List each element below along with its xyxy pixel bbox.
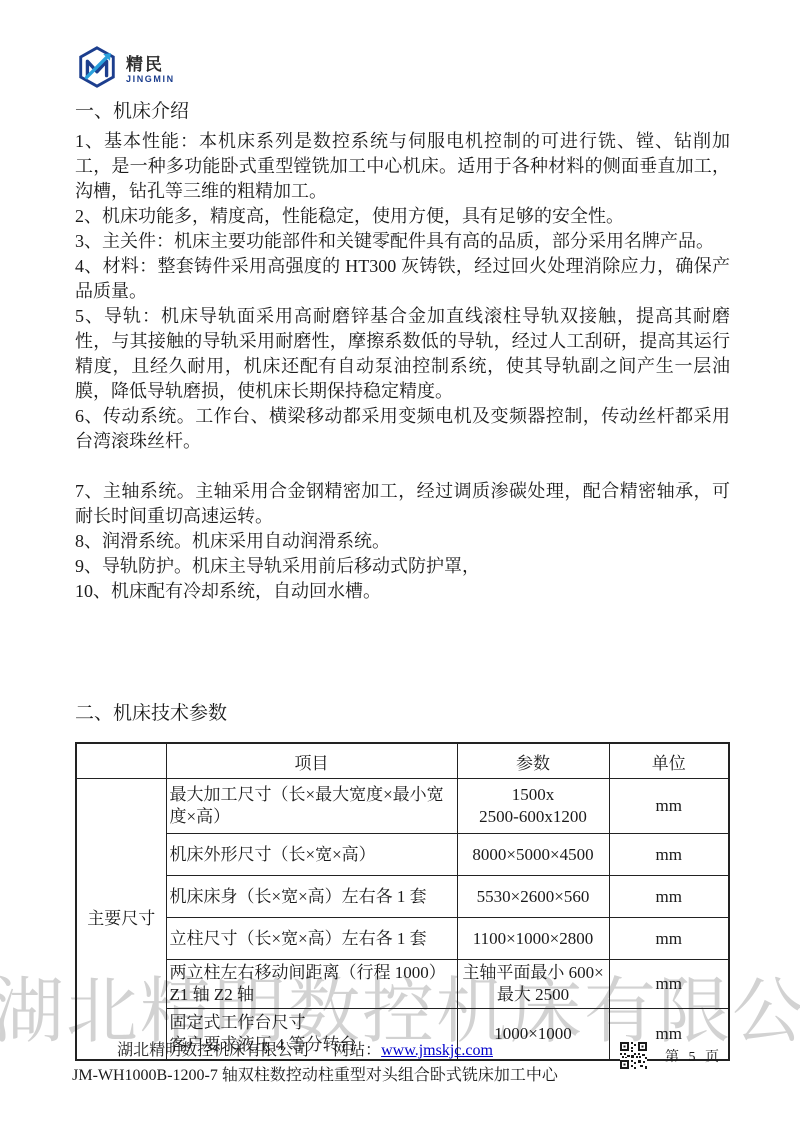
intro-item-10: 10、机床配有冷却系统，自动回水槽。 <box>75 579 730 604</box>
jingmin-hexagon-logo-icon <box>74 44 120 95</box>
param-line: 主轴平面最小 600× <box>461 962 606 984</box>
intro-item-4: 4、材料：整套铸件采用高强度的 HT300 灰铸铁，经过回火处理消除应力，确保产… <box>75 254 730 304</box>
footer-company-name: 湖北精明数控机床有限公司 <box>117 1042 309 1059</box>
param-cell: 1500x 2500-600x1200 <box>457 779 609 834</box>
company-logo: 精民 JINGMIN <box>74 44 175 95</box>
intro-item-3: 3、主关件：机床主要功能部件和关键零配件具有高的品质，部分采用名牌产品。 <box>75 229 730 254</box>
unit-cell: mm <box>609 918 729 960</box>
param-line: 最大 2500 <box>461 984 606 1006</box>
param-cell: 主轴平面最小 600× 最大 2500 <box>457 960 609 1009</box>
intro-item-2: 2、机床功能多，精度高，性能稳定，使用方便，具有足够的安全性。 <box>75 204 730 229</box>
header-cell-group <box>76 743 166 779</box>
item-cell: 两立柱左右移动间距离（行程 1000）Z1 轴 Z2 轴 <box>166 960 457 1009</box>
page-number: 第 5 页 <box>665 1046 722 1066</box>
param-line: 2500-600x1200 <box>461 806 606 828</box>
item-cell: 机床外形尺寸（长×宽×高） <box>166 834 457 876</box>
param-cell: 1100×1000×2800 <box>457 918 609 960</box>
item-cell: 机床床身（长×宽×高）左右各 1 套 <box>166 876 457 918</box>
intro-section: 一、机床介绍 1、基本性能：本机床系列是数控系统与伺服电机控制的可进行铣、镗、钻… <box>75 96 730 604</box>
unit-cell: mm <box>609 834 729 876</box>
document-page: 湖北精明数控机床有限公司 精民 JINGMIN 一、机床介绍 1、基本性能：本机… <box>0 0 800 1134</box>
table-row: 立柱尺寸（长×宽×高）左右各 1 套 1100×1000×2800 mm <box>76 918 729 960</box>
param-cell: 5530×2600×560 <box>457 876 609 918</box>
unit-cell: mm <box>609 960 729 1009</box>
group-cell: 主要尺寸 <box>76 779 166 1061</box>
header-cell-unit: 单位 <box>609 743 729 779</box>
intro-item-6: 6、传动系统。工作台、横梁移动都采用变频电机及变频器控制，传动丝杆都采用台湾滚珠… <box>75 404 730 454</box>
table-row: 两立柱左右移动间距离（行程 1000）Z1 轴 Z2 轴 主轴平面最小 600×… <box>76 960 729 1009</box>
unit-cell: mm <box>609 876 729 918</box>
intro-item-7: 7、主轴系统。主轴采用合金钢精密加工，经过调质渗碳处理，配合精密轴承，可耐长时间… <box>75 479 730 529</box>
intro-item-8: 8、润滑系统。机床采用自动润滑系统。 <box>75 529 730 554</box>
table-row: 机床床身（长×宽×高）左右各 1 套 5530×2600×560 mm <box>76 876 729 918</box>
header-cell-item: 项目 <box>166 743 457 779</box>
footer-model-line: JM-WH1000B-1200-7 轴双柱数控动柱重型对头组合卧式铣床加工中心 <box>0 1065 630 1087</box>
logo-name-cn: 精民 <box>126 56 175 73</box>
intro-item-9: 9、导轨防护。机床主导轨采用前后移动式防护罩， <box>75 554 730 579</box>
item-cell: 最大加工尺寸（长×最大宽度×最小宽度×高） <box>166 779 457 834</box>
param-cell: 8000×5000×4500 <box>457 834 609 876</box>
intro-item-5: 5、导轨：机床导轨面采用高耐磨锌基合金加直线滚柱导轨双接触，提高其耐磨性，与其接… <box>75 304 730 404</box>
param-line: 1500x <box>461 784 606 806</box>
specs-section: 二、机床技术参数 项目 参数 单位 主要尺寸 最大加工尺寸（ <box>75 698 730 1061</box>
specs-heading: 二、机床技术参数 <box>75 698 730 725</box>
logo-name-en: JINGMIN <box>126 75 175 84</box>
footer-company-line: 湖北精明数控机床有限公司网站：www.jmskjc.com <box>0 1040 610 1062</box>
unit-cell: mm <box>609 779 729 834</box>
qr-code-icon <box>620 1042 647 1074</box>
spec-table: 项目 参数 单位 主要尺寸 最大加工尺寸（长×最大宽度×最小宽度×高） 1500… <box>75 742 730 1061</box>
footer-website-label: 网站： <box>333 1042 381 1059</box>
item-line: 固定式工作台尺寸 <box>170 1012 454 1034</box>
intro-item-1: 1、基本性能：本机床系列是数控系统与伺服电机控制的可进行铣、镗、钻削加工，是一种… <box>75 129 730 204</box>
table-row: 主要尺寸 最大加工尺寸（长×最大宽度×最小宽度×高） 1500x 2500-60… <box>76 779 729 834</box>
intro-heading: 一、机床介绍 <box>75 96 730 123</box>
table-row: 机床外形尺寸（长×宽×高） 8000×5000×4500 mm <box>76 834 729 876</box>
footer-website-link[interactable]: www.jmskjc.com <box>381 1042 493 1059</box>
item-cell: 立柱尺寸（长×宽×高）左右各 1 套 <box>166 918 457 960</box>
page-footer: 湖北精明数控机床有限公司网站：www.jmskjc.com JM-WH1000B… <box>0 1040 800 1087</box>
header-cell-param: 参数 <box>457 743 609 779</box>
spec-table-header-row: 项目 参数 单位 <box>76 743 729 779</box>
